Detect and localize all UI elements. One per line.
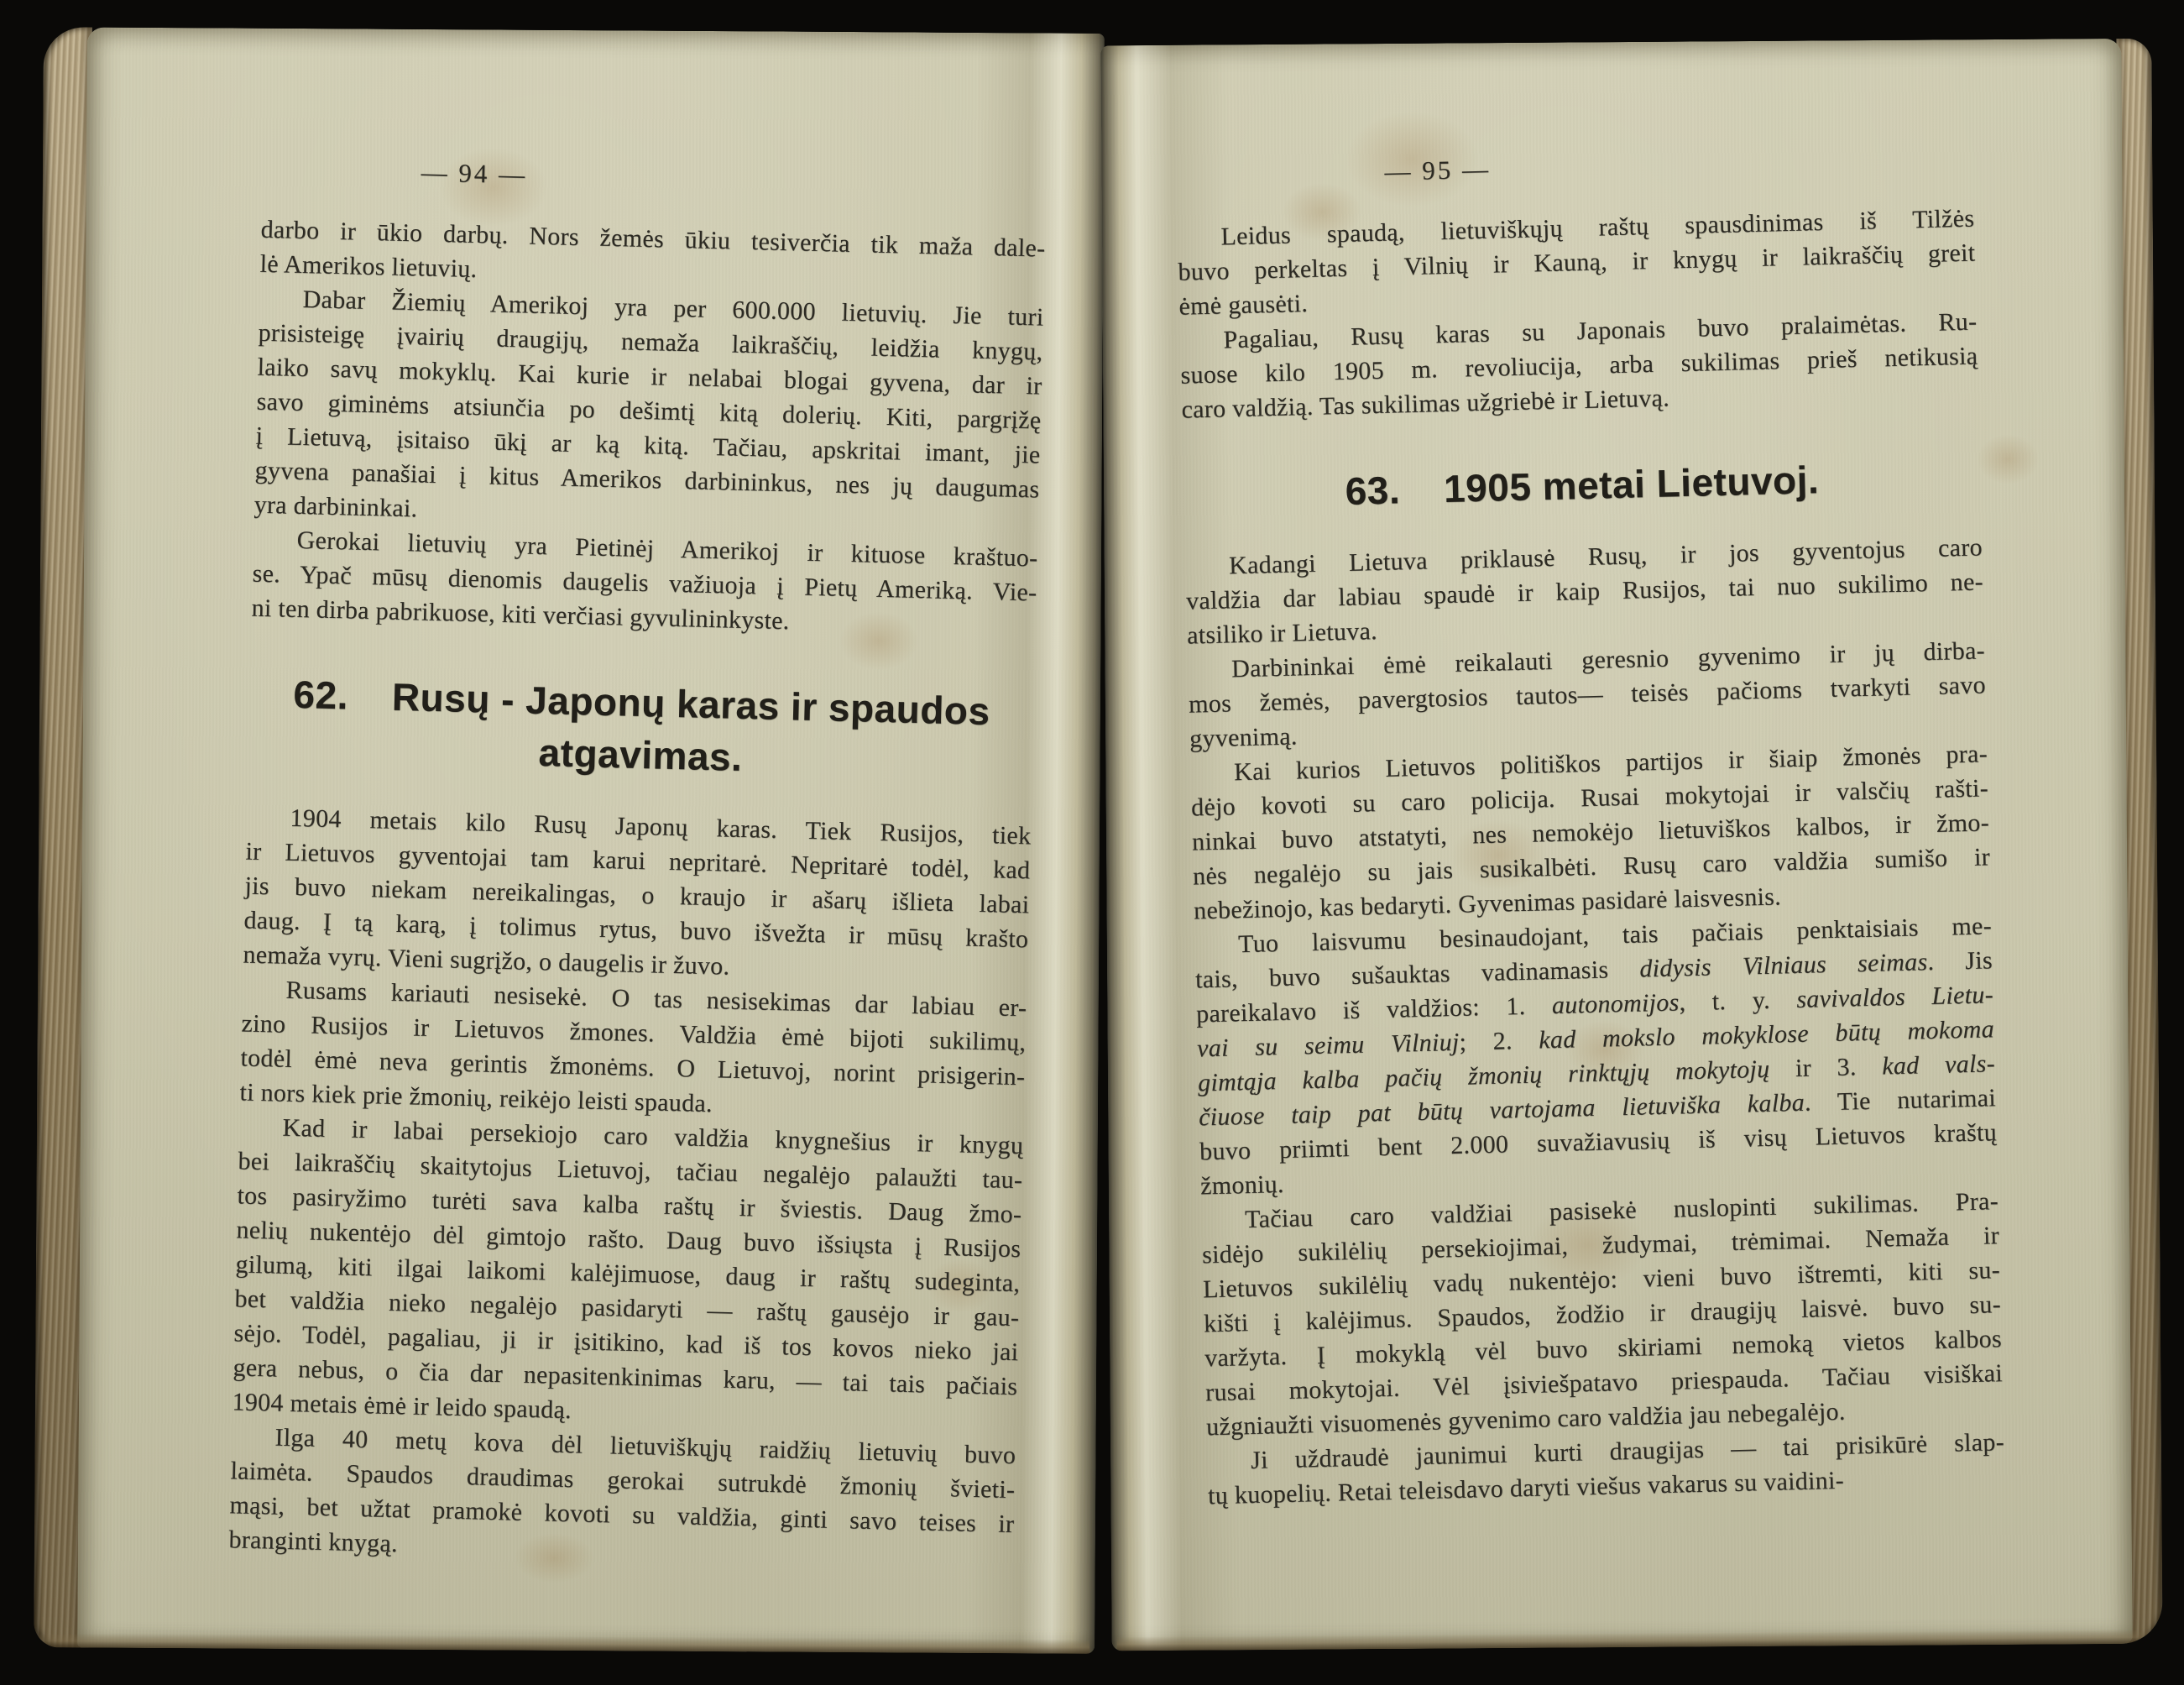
text-run: kad vals-: [1882, 1049, 1995, 1080]
paragraph: Kad ir labai persekiojo caro valdžia kny…: [232, 1109, 1024, 1438]
text-run: caro valdžią. Tas sukilimas užgriebė ir …: [1181, 384, 1669, 423]
paragraph: Kadangi Lietuva priklausė Rusų, ir jos g…: [1185, 530, 1985, 652]
text-run: 1904 metais ėmė ir leido spaudą.: [232, 1388, 572, 1424]
text-run: žmonių.: [1200, 1170, 1284, 1200]
section-heading: 63.1905 metai Lietuvoj.: [1183, 449, 1981, 521]
paragraph: Rusams kariauti nesisekė. O tas nesiseki…: [239, 971, 1027, 1128]
text-run: vai su seimu Vilniuj: [1197, 1028, 1460, 1063]
heading-text: 1905 metai Lietuvoj.: [1443, 458, 1819, 510]
text-run: savivaldos Lietu-: [1796, 981, 1993, 1013]
text-run: autonomijos: [1552, 988, 1680, 1019]
paragraph: Pagaliau, Rusų karas su Japonais buvo pr…: [1179, 305, 1979, 427]
text-run: branginti knygą.: [228, 1525, 398, 1557]
text-run: ir 3.: [1769, 1053, 1883, 1083]
text-run: . Jis: [1927, 946, 1993, 976]
text-run: yra darbininkai.: [253, 491, 417, 523]
text-run: pareikalavo iš valdžios: 1.: [1196, 992, 1553, 1028]
page-95: — 95 — Leidus spaudą, lietuviškųjų raštų…: [1100, 39, 2162, 1651]
book-scan: — 94 — darbo ir ūkio darbų. Nors žemės ū…: [0, 0, 2184, 1685]
heading-line: 63.1905 metai Lietuvoj.: [1183, 449, 1981, 521]
text-run: . Tie nutarimai: [1805, 1084, 1997, 1117]
heading-text: Rusų - Japonų karas ir spaudos: [391, 675, 990, 733]
paragraph: 1904 metais kilo Rusų Japonų karas. Tiek…: [243, 800, 1032, 992]
paragraph: Dabar Žiemių Amerikoj yra per 600.000 li…: [253, 281, 1044, 542]
paragraph: Gerokai lietuvių yra Pietinėj Amerikoj i…: [251, 522, 1038, 645]
section-number: 63.: [1345, 468, 1401, 513]
paragraph: Kai kurios Lietuvos politiškos partijos …: [1190, 736, 1992, 928]
text-run: ; 2.: [1459, 1027, 1539, 1056]
paragraph: Darbininkai ėmė reikalauti geresnio gyve…: [1188, 633, 1988, 756]
paragraph: Tuo laisvumu besinaudojant, tais pačiais…: [1194, 908, 1999, 1203]
text-run: , t. y.: [1679, 986, 1797, 1016]
page-95-text: — 95 — Leidus spaudą, lietuviškųjų raštų…: [1175, 140, 2005, 1514]
paragraph: Leidus spaudą, lietuviškųjų raštų spausd…: [1177, 201, 1977, 324]
section-number: 62.: [293, 672, 349, 718]
section-heading: 62.Rusų - Japonų karas ir spaudosatgavim…: [248, 667, 1035, 791]
text-run: atsiliko ir Lietuva.: [1187, 617, 1378, 650]
page-94-text: — 94 — darbo ir ūkio darbų. Nors žemės ū…: [228, 151, 1048, 1576]
page-94: — 94 — darbo ir ūkio darbų. Nors žemės ū…: [34, 27, 1105, 1654]
page-94-body: darbo ir ūkio darbų. Nors žemės ūkiu tes…: [228, 212, 1046, 1576]
paragraph: Tačiau caro valdžiai pasisekė nuslopinti…: [1201, 1184, 2004, 1444]
page-95-body: Leidus spaudą, lietuviškųjų raštų spausd…: [1177, 201, 2005, 1514]
text-run: didysis Vilniaus seimas: [1639, 948, 1928, 982]
text-run: gyvenimą.: [1189, 722, 1298, 752]
text-run: ėmė gausėti.: [1178, 290, 1308, 321]
text-run: lė Amerikos lietuvių.: [259, 250, 477, 283]
paper-stain: [1977, 434, 2040, 485]
paragraph: Ilga 40 metų kova dėl lietuviškųjų raidž…: [228, 1419, 1016, 1576]
